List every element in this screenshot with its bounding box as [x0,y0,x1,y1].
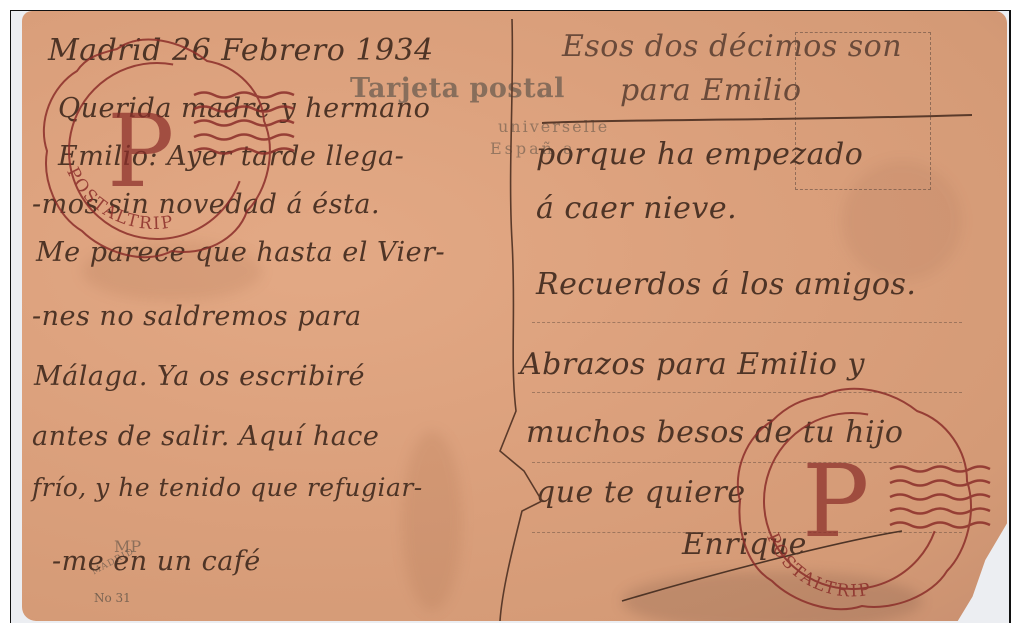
ink-and-stamps: P POSTALTRIP P [22,11,1007,621]
postcard: Tarjeta postal universelle Españ a MP MA… [22,11,1007,621]
svg-text:P: P [802,443,869,560]
watermark-stamp-bottom-right: P POSTALTRIP [738,388,990,614]
svg-text:P: P [107,93,174,210]
watermark-stamp-top-left: P POSTALTRIP [44,38,294,264]
